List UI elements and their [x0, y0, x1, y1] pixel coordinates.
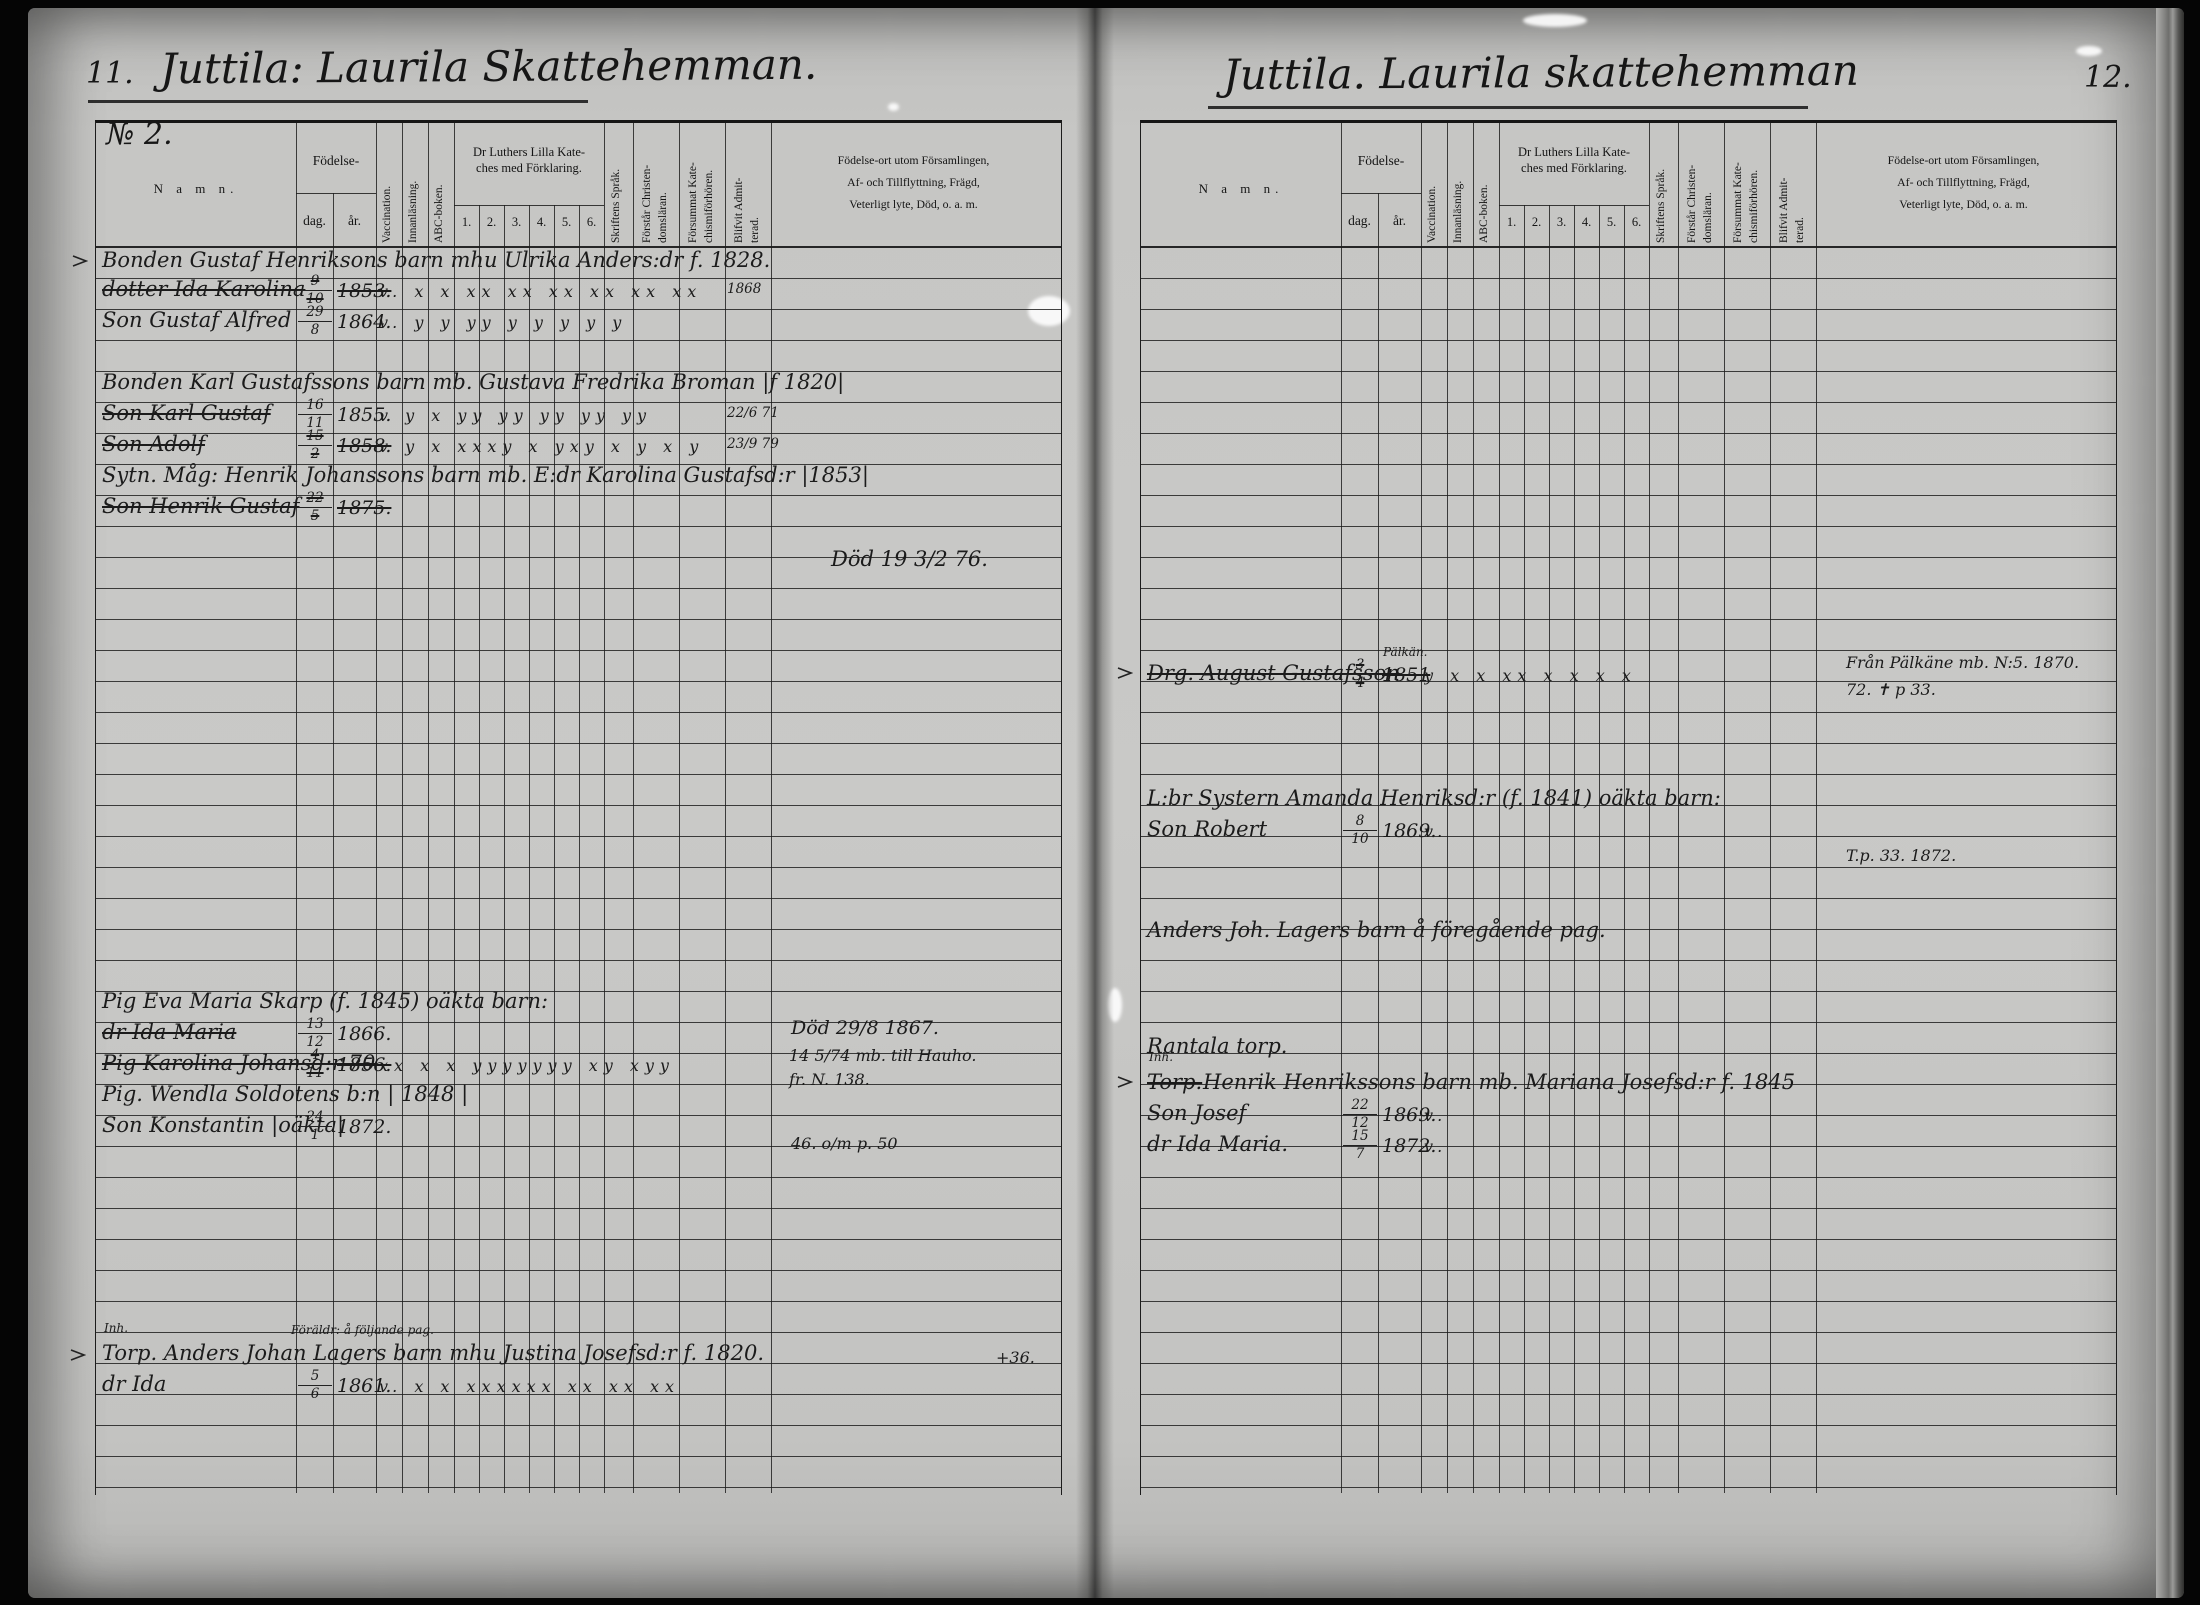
- kateches-col-1: 1.: [1499, 215, 1524, 230]
- day-numerator: 22: [1343, 1097, 1377, 1115]
- kateches-col-2: 2.: [479, 215, 504, 230]
- entry-admitted: 23/9 79: [727, 436, 787, 452]
- scanned-register-spread: 11. Juttila: Laurila Skattehemman. № 2. …: [0, 0, 2200, 1605]
- column-header-forsummat-line2: chismiförhören.: [704, 129, 716, 243]
- scan-artifact: [1523, 14, 1587, 27]
- kateches-line1: Dr Luthers Lilla Kate-: [1518, 145, 1630, 159]
- right-page-number: 12.: [2084, 60, 2132, 95]
- entry-marks: y x x xx x x x x: [1424, 666, 1772, 685]
- left-page-number: 11.: [86, 56, 134, 91]
- entry-name: Henrik Henrikssons barn mb. Mariana Jose…: [1203, 1070, 1795, 1094]
- note-line: Inh.: [104, 1319, 128, 1338]
- kateches-col-4: 4.: [529, 215, 554, 230]
- note-line: +36.: [996, 1345, 1035, 1371]
- entry-name: Son Josef: [1147, 1101, 1246, 1125]
- margin-mark-icon: [70, 1349, 86, 1361]
- column-header-kateches: Dr Luthers Lilla Kate- ches med Förklari…: [454, 145, 604, 176]
- entry-birth-day: 157: [1343, 1128, 1377, 1162]
- register-entry: Son Robert 810 1869. v.: [1141, 819, 2116, 850]
- entry-admitted: 1868: [727, 281, 787, 297]
- day-numerator: 8: [1343, 813, 1377, 831]
- column-header-sista-line3: Veterligt lyte, Död, o. a. m.: [1817, 199, 2110, 211]
- day-numerator: 5: [298, 1368, 332, 1386]
- register-entry: Son Josef 2212 1869. v.: [1141, 1103, 2116, 1134]
- entry-birth-day: 241: [298, 1109, 332, 1143]
- register-entry: Anders Joh. Lagers barn å föregående pag…: [1141, 920, 2116, 951]
- entry-birth-day: 1611: [298, 397, 332, 431]
- column-header-ar: år.: [1378, 213, 1421, 229]
- kateches-col-6: 6.: [579, 215, 604, 230]
- kateches-col-5: 5.: [554, 215, 579, 230]
- register-entry: Son Karl Gustaf 1611 1855. v y x yy yy y…: [96, 403, 1061, 434]
- register-entry: dr Ida 56 1861. v. x x xxxxxx xx xx xx: [96, 1374, 1061, 1405]
- column-header-dag: dag.: [1341, 213, 1378, 229]
- column-header-forstar-line2: domsläran.: [658, 129, 670, 243]
- column-header-innanlasning: Innanläsning.: [408, 129, 420, 243]
- entry-birth-day: 34: [1343, 657, 1377, 691]
- day-numerator: 4: [298, 1047, 332, 1065]
- register-entry: Sytn. Måg: Henrik Johanssons barn mb. E:…: [96, 465, 1061, 496]
- column-header-vaccination: Vaccination.: [1427, 129, 1439, 243]
- day-numerator: 15: [1343, 1128, 1377, 1146]
- column-header-namn: N a m n.: [1141, 181, 1341, 197]
- column-header-blifvit-line2: terad.: [750, 129, 762, 243]
- entry-name: Sytn. Måg: Henrik Johanssons barn mb. E:…: [102, 463, 869, 487]
- note-line: Föräldr: å följande pag.: [291, 1321, 434, 1340]
- entry-name: Bonden Karl Gustafssons barn mb. Gustava…: [102, 370, 844, 394]
- margin-note: +36.: [996, 1345, 1035, 1371]
- entry-marks: v. x x xx xx xx xx xx xx: [379, 282, 727, 301]
- column-header-forsummat-line1: Försummat Kate-: [688, 129, 700, 243]
- register-entry: Son Konstantin |oäkta| 241 1872.: [96, 1115, 1061, 1146]
- register-entry: Son Henrik Gustaf 225 1875.: [96, 496, 1061, 527]
- entry-birth-day: 1312: [298, 1016, 332, 1050]
- right-register-table: N a m n. Födelse- dag. år. Vaccination. …: [1140, 120, 2117, 1495]
- margin-note: Inh.: [104, 1319, 128, 1338]
- book-pages: 11. Juttila: Laurila Skattehemman. № 2. …: [28, 8, 2184, 1598]
- entry-birth-year: 1872.: [337, 1116, 391, 1138]
- entry-marks: v.: [1424, 1137, 1772, 1156]
- column-header-forsummat-line1: Försummat Kate-: [1733, 129, 1745, 243]
- day-numerator: 3: [1343, 657, 1377, 675]
- book-gutter: [1076, 8, 1114, 1598]
- column-header-abc-boken: ABC-boken.: [1479, 129, 1491, 243]
- entry-name: dotter Ida Karolina: [102, 277, 305, 301]
- column-header-sista-line3: Veterligt lyte, Död, o. a. m.: [772, 199, 1055, 211]
- day-denominator: 8: [298, 322, 332, 338]
- left-title-underline: [88, 100, 588, 103]
- register-entry: Bonden Karl Gustafssons barn mb. Gustava…: [96, 372, 1061, 403]
- entry-name: Anders Joh. Lagers barn å föregående pag…: [1147, 918, 1606, 942]
- day-denominator: 10: [1343, 831, 1377, 847]
- entry-birth-year: 1875.: [337, 497, 391, 519]
- margin-note: Död 29/8 1867.: [791, 1013, 939, 1043]
- entry-name-prefix: Torp.: [1147, 1070, 1202, 1094]
- margin-note: Pälkän.: [1383, 643, 1428, 662]
- column-header-blifvit-line1: Blifvit Admit-: [1779, 129, 1791, 243]
- note-line: fr. N. 138.: [789, 1068, 976, 1092]
- scan-artifact: [2076, 46, 2102, 56]
- margin-note: Föräldr: å följande pag.: [291, 1321, 434, 1340]
- margin-note: Död 19 3/2 76.: [831, 543, 988, 577]
- column-header-fodelse: Födelse-: [1341, 153, 1421, 169]
- register-entry: dr Ida Maria. 157 1872. v.: [1141, 1134, 2116, 1165]
- margin-note: T.p. 33. 1872.: [1846, 843, 1956, 869]
- column-header-namn: N a m n.: [96, 181, 296, 197]
- register-entry: Son Gustaf Alfred 298 1864. v. y y yy y …: [96, 310, 1061, 341]
- day-denominator: 1: [298, 1127, 332, 1143]
- entry-name: Pig. Wendla Soldotens b:n | 1848 |: [102, 1082, 468, 1106]
- note-line: 14 5/74 mb. till Hauho.: [789, 1044, 976, 1068]
- kateches-col-1: 1.: [454, 215, 479, 230]
- column-header-sista-line1: Födelse-ort utom Församlingen,: [1817, 155, 2110, 167]
- kateches-col-6: 6.: [1624, 215, 1649, 230]
- entry-name: dr Ida: [102, 1372, 166, 1396]
- column-header-forstar-line1: Förstår Christen-: [642, 129, 654, 243]
- entry-name: Son Gustaf Alfred: [102, 308, 291, 332]
- day-numerator: 13: [298, 1016, 332, 1034]
- right-page-title: Juttila. Laurila skattehemman: [1223, 46, 1859, 99]
- day-numerator: 24: [298, 1109, 332, 1127]
- kateches-col-4: 4.: [1574, 215, 1599, 230]
- entry-birth-day: 152: [298, 428, 332, 462]
- column-header-fodelse: Födelse-: [296, 153, 376, 169]
- column-header-forstar-line1: Förstår Christen-: [1687, 129, 1699, 243]
- kateches-col-3: 3.: [504, 215, 529, 230]
- entry-marks: v.: [1424, 822, 1772, 841]
- entry-marks: v.: [1424, 1106, 1772, 1125]
- column-header-skriftens-sprak: Skriftens Språk.: [1656, 129, 1668, 243]
- entry-marks: xx x x yyyyyyy xy xyy: [379, 1056, 727, 1075]
- day-denominator: 11: [298, 1065, 332, 1081]
- column-header-ar: år.: [333, 213, 376, 229]
- day-numerator: 29: [298, 304, 332, 322]
- register-entry: L:br Systern Amanda Henriksd:r (f. 1841)…: [1141, 788, 2116, 819]
- column-header-vaccination: Vaccination.: [382, 129, 394, 243]
- column-header-kateches: Dr Luthers Lilla Kate- ches med Förklari…: [1499, 145, 1649, 176]
- entry-birth-day: 411: [298, 1047, 332, 1081]
- scan-artifact: [888, 103, 899, 111]
- note-line: Död 29/8 1867.: [791, 1013, 939, 1043]
- day-denominator: 4: [1343, 675, 1377, 691]
- kateches-line1: Dr Luthers Lilla Kate-: [473, 145, 585, 159]
- note-line: Pälkän.: [1383, 643, 1428, 662]
- column-header-innanlasning: Innanläsning.: [1453, 129, 1465, 243]
- entry-name: dr Ida Maria: [102, 1020, 236, 1044]
- column-header-blifvit-line2: terad.: [1795, 129, 1807, 243]
- entry-marks: v. x x xxxxxx xx xx xx: [379, 1377, 727, 1396]
- note-line: Död 19 3/2 76.: [831, 543, 988, 577]
- entry-name: Pig Eva Maria Skarp (f. 1845) oäkta barn…: [102, 989, 548, 1013]
- kateches-col-3: 3.: [1549, 215, 1574, 230]
- register-entry: Torp. Anders Johan Lagers barn mhu Justi…: [96, 1343, 1061, 1374]
- column-header-sista-line1: Födelse-ort utom Församlingen,: [772, 155, 1055, 167]
- day-numerator: 15: [298, 428, 332, 446]
- entry-birth-day: 225: [298, 490, 332, 524]
- column-header-sista-line2: Af- och Tillflyttning, Frägd,: [1817, 177, 2110, 189]
- day-denominator: 5: [298, 508, 332, 524]
- entry-name: L:br Systern Amanda Henriksd:r (f. 1841)…: [1147, 786, 1721, 810]
- note-line: 72. ✝ p 33.: [1846, 676, 2079, 703]
- column-header-forsummat-line2: chismiförhören.: [1749, 129, 1761, 243]
- margin-mark-icon: [1117, 667, 1133, 679]
- fodelse-divider-line: [296, 193, 376, 194]
- margin-note: 14 5/74 mb. till Hauho. fr. N. 138.: [789, 1044, 976, 1092]
- day-denominator: 7: [1343, 1146, 1377, 1162]
- column-header-sista-line2: Af- och Tillflyttning, Frägd,: [772, 177, 1055, 189]
- entry-name: Son Henrik Gustaf: [102, 494, 299, 518]
- entry-marks: v y x yy yy yy yy yy: [379, 406, 727, 425]
- kateches-line2: ches med Förklaring.: [1521, 161, 1627, 175]
- column-header-dag: dag.: [296, 213, 333, 229]
- left-register-table: № 2. N a m n. Födelse- dag. år. Vaccinat…: [95, 120, 1062, 1495]
- entry-name: Torp. Anders Johan Lagers barn mhu Justi…: [102, 1341, 764, 1365]
- entry-birth-day: 910: [298, 273, 332, 307]
- register-entry: Son Adolf 152 1858. v y x xxxy x yxy x y…: [96, 434, 1061, 465]
- day-denominator: 6: [298, 1386, 332, 1402]
- register-entry: Rantala torp.: [1141, 1036, 2116, 1067]
- page-stack-edges: [2156, 8, 2184, 1598]
- entry-marks: v. y y yy y y y y y: [379, 313, 727, 332]
- entry-admitted: 22/6 71: [727, 405, 787, 421]
- day-numerator: 22: [298, 490, 332, 508]
- day-numerator: 9: [298, 273, 332, 291]
- note-line: 46. o/m p. 50: [791, 1131, 898, 1157]
- column-header-forstar-line2: domsläran.: [1703, 129, 1715, 243]
- entry-name: dr Ida Maria.: [1147, 1132, 1288, 1156]
- kateches-line2: ches med Förklaring.: [476, 161, 582, 175]
- margin-mark-icon: [72, 255, 88, 267]
- left-no-label: № 2.: [106, 117, 173, 152]
- margin-mark-icon: [1117, 1076, 1133, 1088]
- note-line: T.p. 33. 1872.: [1846, 843, 1956, 869]
- margin-note: Inh.: [1149, 1048, 1173, 1067]
- entry-name: Son Robert: [1147, 817, 1267, 841]
- margin-note: 46. o/m p. 50: [791, 1131, 898, 1157]
- entry-birth-day: 810: [1343, 813, 1377, 847]
- day-denominator: 2: [298, 446, 332, 462]
- right-title-underline: [1208, 106, 1808, 109]
- left-page-title: Juttila: Laurila Skattehemman.: [160, 40, 818, 94]
- entry-name: Pig Karolina Johansd:r 70: [102, 1051, 375, 1075]
- column-header-abc-boken: ABC-boken.: [434, 129, 446, 243]
- entry-name: Son Karl Gustaf: [102, 401, 271, 425]
- entry-birth-day: 56: [298, 1368, 332, 1402]
- register-entry: Torp. Henrik Henrikssons barn mb. Marian…: [1141, 1072, 2116, 1103]
- register-entry: dotter Ida Karolina 910 1853. v. x x xx …: [96, 279, 1061, 310]
- entry-name: Son Adolf: [102, 432, 205, 456]
- column-header-blifvit-line1: Blifvit Admit-: [734, 129, 746, 243]
- kateches-col-5: 5.: [1599, 215, 1624, 230]
- row-rules: [1141, 248, 2116, 1493]
- entry-birth-year: 1866.: [337, 1023, 391, 1045]
- entry-marks: v y x xxxy x yxy x y x y: [379, 437, 727, 456]
- fodelse-divider-line: [1341, 193, 1421, 194]
- column-header-skriftens-sprak: Skriftens Språk.: [611, 129, 623, 243]
- note-line: Inh.: [1149, 1048, 1173, 1067]
- entry-birth-day: 2212: [1343, 1097, 1377, 1131]
- entry-name: Bonden Gustaf Henriksons barn mhu Ulrika…: [102, 248, 770, 272]
- margin-note: Från Pälkäne mb. N:5. 1870. 72. ✝ p 33.: [1846, 649, 2079, 703]
- note-line: Från Pälkäne mb. N:5. 1870.: [1846, 649, 2079, 676]
- entry-birth-day: 298: [298, 304, 332, 338]
- day-numerator: 16: [298, 397, 332, 415]
- kateches-col-2: 2.: [1524, 215, 1549, 230]
